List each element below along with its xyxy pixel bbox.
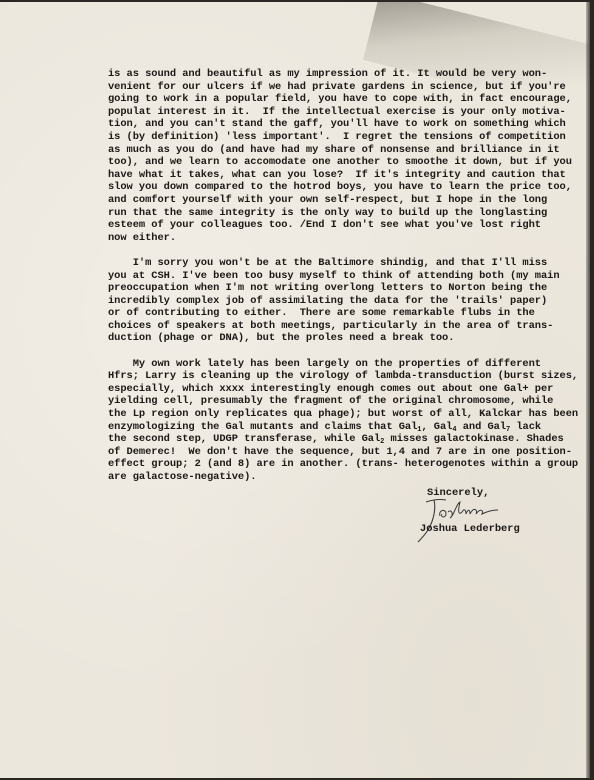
text-line: I'm sorry you won't be at the Baltimore … bbox=[108, 257, 548, 270]
letter-paragraph: My own work lately has been largely on t… bbox=[108, 358, 548, 484]
text-line: run that the same integrity is the only … bbox=[108, 207, 548, 220]
text-line: you at CSH. I've been too busy myself to… bbox=[108, 270, 548, 283]
text-line: esteem of your colleagues too. /End I do… bbox=[108, 219, 548, 232]
text-line: especially, which xxxx interestingly eno… bbox=[108, 383, 548, 396]
text-line: too), and we learn to accomodate one ano… bbox=[108, 156, 548, 169]
page-edge-shadow bbox=[586, 2, 590, 778]
text-line: have what it takes, what can you lose? I… bbox=[108, 169, 548, 182]
text-line: are galactose-negative). bbox=[108, 471, 548, 484]
handwritten-signature bbox=[412, 494, 522, 546]
text-line: preoccupation when I'm not writing overl… bbox=[108, 282, 548, 295]
text-line: is as sound and beautiful as my impressi… bbox=[108, 68, 548, 81]
text-line: and comfort yourself with your own self-… bbox=[108, 194, 548, 207]
text-line: populat interest in it. If the intellect… bbox=[108, 106, 548, 119]
text-line: as much as you do (and have had my share… bbox=[108, 144, 548, 157]
text-line: duction (phage or DNA), but the proles n… bbox=[108, 332, 548, 345]
text-line: the second step, UDGP transferase, while… bbox=[108, 433, 548, 446]
text-line: slow you down compared to the hotrod boy… bbox=[108, 181, 548, 194]
signer-name: Joshua Lederberg bbox=[420, 523, 520, 535]
text-line: or of contributing to either. There are … bbox=[108, 307, 548, 320]
text-line: Hfrs; Larry is cleaning up the virology … bbox=[108, 370, 548, 383]
text-line: going to work in a popular field, you ha… bbox=[108, 93, 548, 106]
letter-body: is as sound and beautiful as my impressi… bbox=[108, 68, 548, 484]
text-line: incredibly complex job of assimilating t… bbox=[108, 295, 548, 308]
text-line: of Demerec! We don't have the sequence, … bbox=[108, 446, 548, 459]
text-line: enzymologizing the Gal mutants and claim… bbox=[108, 421, 548, 434]
text-line: yielding cell, presumably the fragment o… bbox=[108, 395, 548, 408]
letter-paragraph: is as sound and beautiful as my impressi… bbox=[108, 68, 548, 244]
letter-page: is as sound and beautiful as my impressi… bbox=[0, 2, 590, 778]
text-line: venient for our ulcers if we had private… bbox=[108, 81, 548, 94]
letter-paragraph: I'm sorry you won't be at the Baltimore … bbox=[108, 257, 548, 345]
text-line: choices of speakers at both meetings, pa… bbox=[108, 320, 548, 333]
text-line: the Lp region only replicates qua phage)… bbox=[108, 408, 548, 421]
text-line: tion, and you can't stand the gaff, you'… bbox=[108, 118, 548, 131]
text-line: My own work lately has been largely on t… bbox=[108, 358, 548, 371]
text-line: effect group; 2 (and 8) are in another. … bbox=[108, 458, 548, 471]
text-line: now either. bbox=[108, 232, 548, 245]
text-line: is (by definition) 'less important'. I r… bbox=[108, 131, 548, 144]
